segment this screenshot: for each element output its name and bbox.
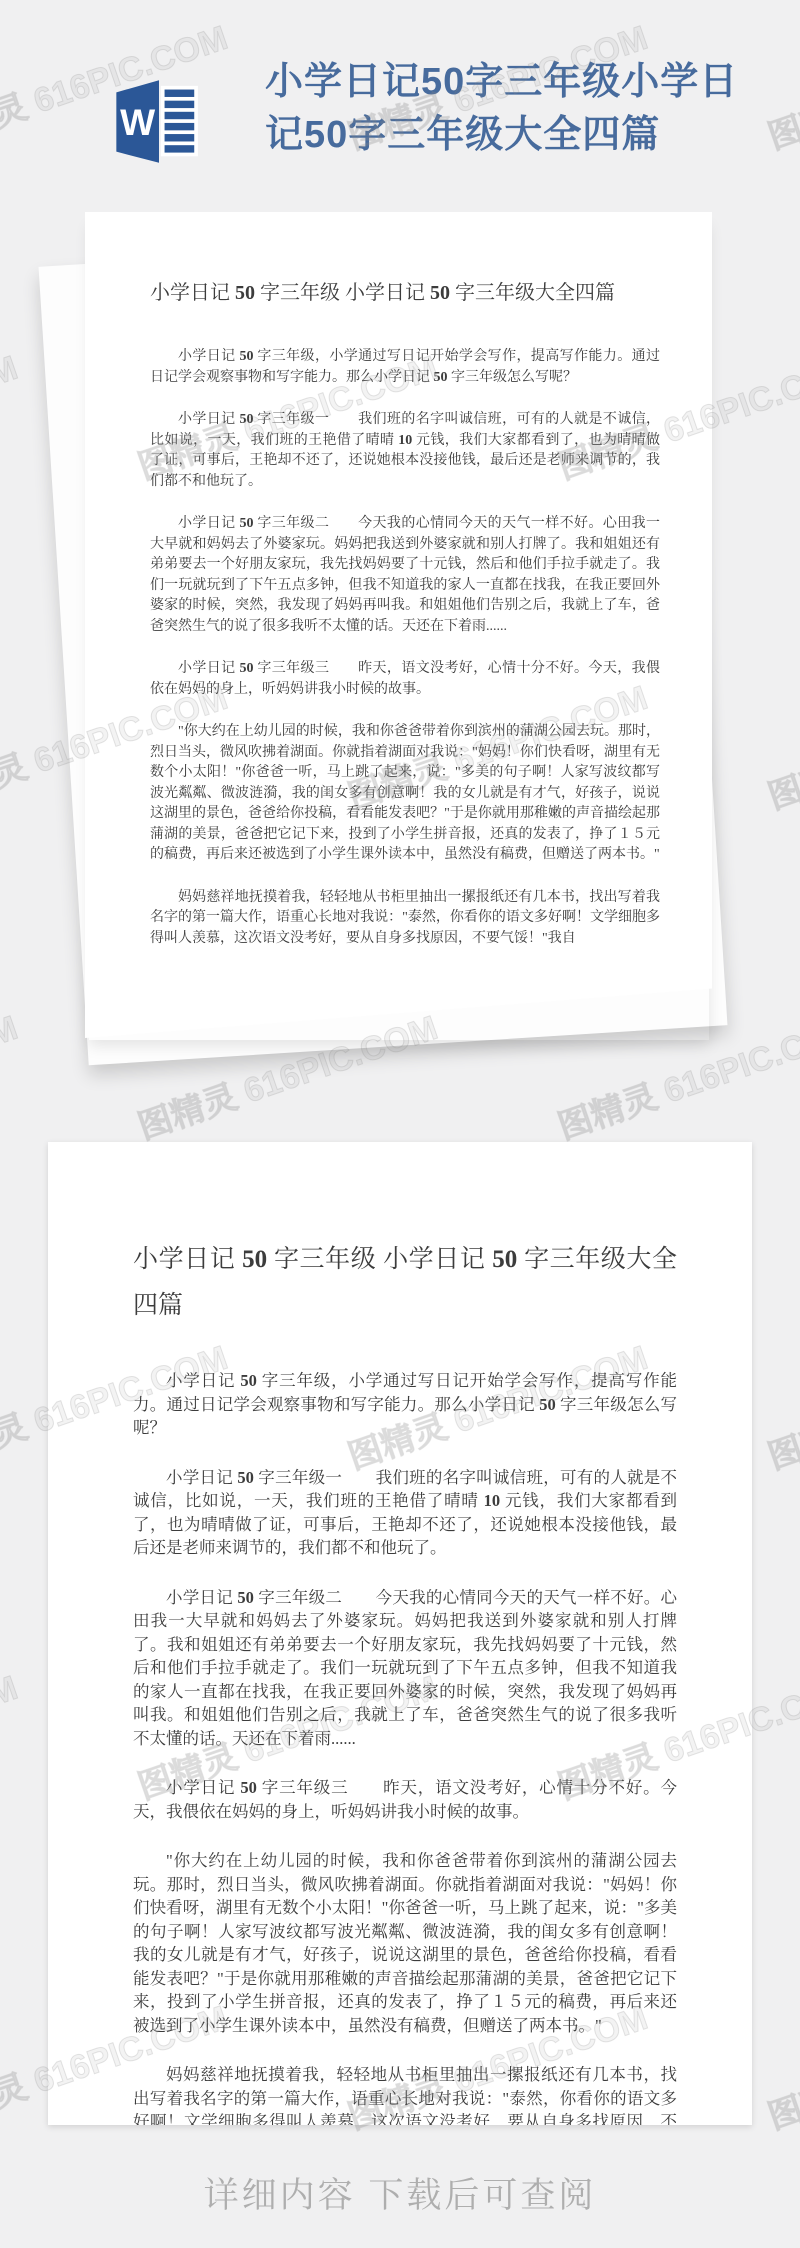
- doc-preview-large[interactable]: 小学日记 50 字三年级 小学日记 50 字三年级大全四篇 小学日记 50 字三…: [48, 1142, 752, 2125]
- doc-paragraph: 小学日记 50 字三年级，小学通过写日记开始学会写作，提高写作能力。通过日记学会…: [150, 347, 660, 388]
- watermark-text: 图精灵 616PIC.COM: [761, 1990, 800, 2138]
- word-icon: W: [108, 76, 210, 168]
- footer-hint: 详细内容 下载后可查阅: [0, 2168, 800, 2218]
- header: W 小学日记50字三年级小学日记50字三年级大全四篇: [0, 0, 800, 212]
- watermark-text: 图精灵 616PIC.COM: [0, 340, 23, 488]
- word-doc-sheet: [161, 86, 198, 156]
- doc-paragraph: "你大约在上幼儿园的时候，我和你爸爸带着你到滨州的蒲湖公园去玩。那时，烈日当头，…: [150, 722, 660, 866]
- doc-paragraph: 小学日记 50 字三年级一 我们班的名字叫诚信班，可有的人就是不诚信，比如说，一…: [133, 1466, 677, 1560]
- doc-paragraph: 小学日记 50 字三年级二 今天我的心情同今天的天气一样不好。心田我一大早就和妈…: [150, 514, 660, 637]
- doc-paragraph: "你大约在上幼儿园的时候，我和你爸爸带着你到滨州的蒲湖公园去玩。那时，烈日当头，…: [133, 1849, 677, 2037]
- doc-body: 小学日记 50 字三年级，小学通过写日记开始学会写作，提高写作能力。通过日记学会…: [150, 347, 660, 949]
- doc-paragraph: 小学日记 50 字三年级一 我们班的名字叫诚信班，可有的人就是不诚信，比如说，一…: [150, 410, 660, 492]
- doc-paragraph: 妈妈慈祥地抚摸着我，轻轻地从书柜里抽出一摞报纸还有几本书，找出写着我名字的第一篇…: [150, 888, 660, 950]
- doc-paragraph: 小学日记 50 字三年级三 昨天，语文没考好，心情十分不好。今天，我偎依在妈妈的…: [133, 1776, 677, 1823]
- doc-preview-stack[interactable]: 小学日记 50 字三年级 小学日记 50 字三年级大全四篇 小学日记 50 字三…: [85, 212, 712, 1080]
- watermark-text: 图精灵 616PIC.COM: [761, 1330, 800, 1478]
- doc-title: 小学日记 50 字三年级 小学日记 50 字三年级大全四篇: [150, 278, 660, 309]
- watermark-text: 图精灵 616PIC.COM: [0, 1660, 23, 1808]
- page: W 小学日记50字三年级小学日记50字三年级大全四篇 小学日记 50 字三年级 …: [0, 0, 800, 2248]
- doc-page-small: 小学日记 50 字三年级 小学日记 50 字三年级大全四篇 小学日记 50 字三…: [85, 212, 712, 1038]
- doc-paragraph: 小学日记 50 字三年级三 昨天，语文没考好，心情十分不好。今天，我偎依在妈妈的…: [150, 659, 660, 700]
- doc-title: 小学日记 50 字三年级 小学日记 50 字三年级大全四篇: [133, 1237, 677, 1329]
- page-title: 小学日记50字三年级小学日记50字三年级大全四篇: [265, 56, 747, 162]
- word-letter: W: [120, 101, 155, 143]
- doc-paragraph: 小学日记 50 字三年级二 今天我的心情同今天的天气一样不好。心田我一大早就和妈…: [133, 1586, 677, 1751]
- doc-paragraph: 妈妈慈祥地抚摸着我，轻轻地从书柜里抽出一摞报纸还有几本书，找出写着我名字的第一篇…: [133, 2063, 677, 2125]
- doc-paragraph: 小学日记 50 字三年级，小学通过写日记开始学会写作，提高写作能力。通过日记学会…: [133, 1369, 677, 1440]
- watermark-text: 图精灵 616PIC.COM: [0, 1000, 23, 1148]
- doc-body: 小学日记 50 字三年级，小学通过写日记开始学会写作，提高写作能力。通过日记学会…: [133, 1369, 677, 2125]
- watermark-text: 图精灵 616PIC.COM: [761, 670, 800, 818]
